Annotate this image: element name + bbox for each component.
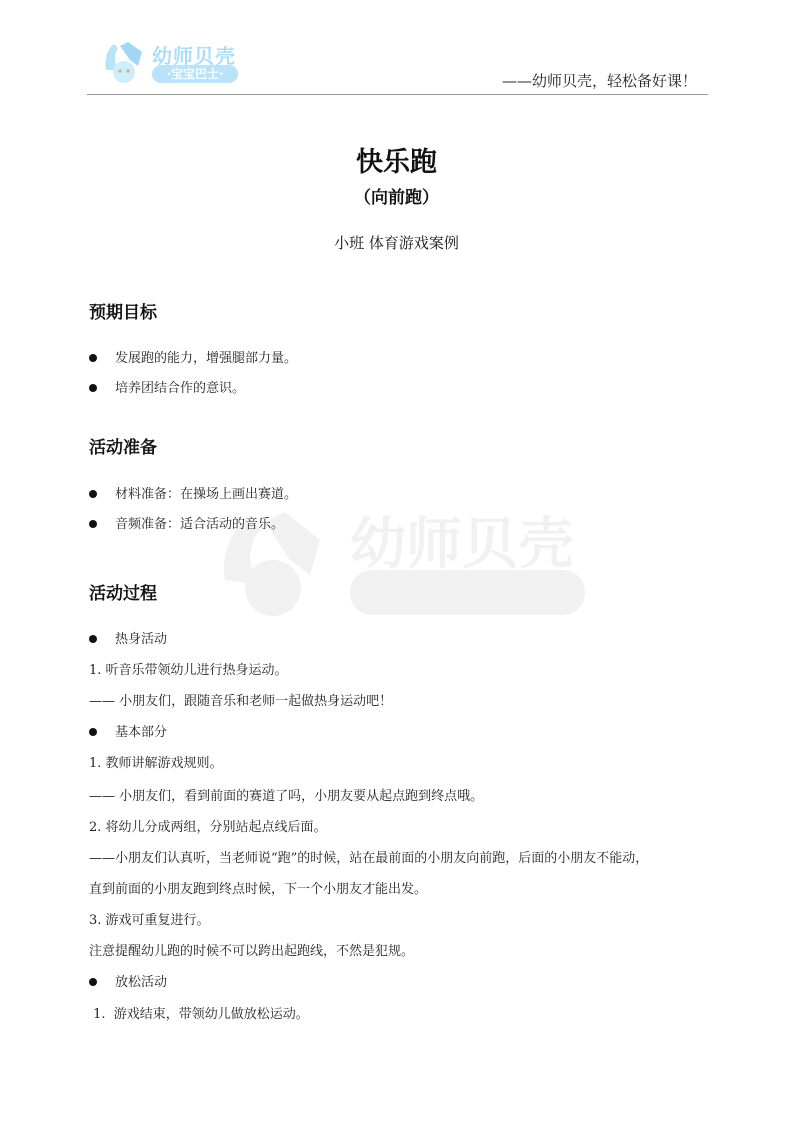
watermark-text: 幼师贝壳: [350, 500, 574, 580]
paragraph: 3. 游戏可重复进行。: [89, 909, 210, 928]
list-item: 放松活动: [89, 971, 167, 990]
section-heading-prep: 活动准备: [89, 433, 157, 458]
section-heading-goals: 预期目标: [89, 298, 157, 323]
doc-subtitle: （向前跑）: [0, 183, 793, 208]
list-item: 音频准备：适合活动的音乐。: [89, 513, 284, 532]
bullet-icon: [89, 490, 97, 498]
list-item: 热身活动: [89, 628, 167, 647]
bullet-icon: [89, 384, 97, 392]
header-slogan: ——幼师贝壳，轻松备好课！: [502, 70, 697, 91]
list-item: 材料准备：在操场上画出赛道。: [89, 483, 297, 502]
bullet-icon: [89, 978, 97, 986]
paragraph: 注意提醒幼儿跑的时候不可以跨出起跑线，不然是犯规。: [89, 940, 414, 959]
list-item: 基本部分: [89, 721, 167, 740]
watermark-badge: [350, 570, 585, 615]
paragraph: 2. 将幼儿分成两组，分别站起点线后面。: [89, 816, 327, 835]
paragraph: —— 小朋友们，跟随音乐和老师一起做热身运动吧！: [89, 690, 392, 709]
paragraph: —— 小朋友们，看到前面的赛道了吗，小朋友要从起点跑到终点哦。: [89, 785, 483, 804]
bullet-icon: [89, 354, 97, 362]
doc-title: 快乐跑: [0, 140, 793, 179]
list-item: 发展跑的能力，增强腿部力量。: [89, 347, 297, 366]
paragraph: 1. 游戏结束，带领幼儿做放松运动。: [89, 1003, 309, 1022]
paragraph: 1. 教师讲解游戏规则。: [89, 752, 223, 771]
logo-badge: ·宝宝巴士·: [152, 65, 238, 83]
bullet-icon: [89, 520, 97, 528]
list-item: 培养团结合作的意识。: [89, 377, 245, 396]
header-divider: [87, 94, 708, 95]
brand-logo: 幼师贝壳 ·宝宝巴士·: [100, 38, 240, 88]
section-heading-process: 活动过程: [89, 579, 157, 604]
bullet-icon: [89, 728, 97, 736]
doc-category: 小班 体育游戏案例: [0, 232, 793, 253]
paragraph: ——小朋友们认真听，当老师说“跑”的时候，站在最前面的小朋友向前跑，后面的小朋友…: [89, 847, 648, 866]
shell-logo-icon: [102, 40, 150, 86]
paragraph: 1. 听音乐带领幼儿进行热身运动。: [89, 659, 288, 678]
paragraph: 直到前面的小朋友跑到终点时候，下一个小朋友才能出发。: [89, 878, 427, 897]
bullet-icon: [89, 635, 97, 643]
